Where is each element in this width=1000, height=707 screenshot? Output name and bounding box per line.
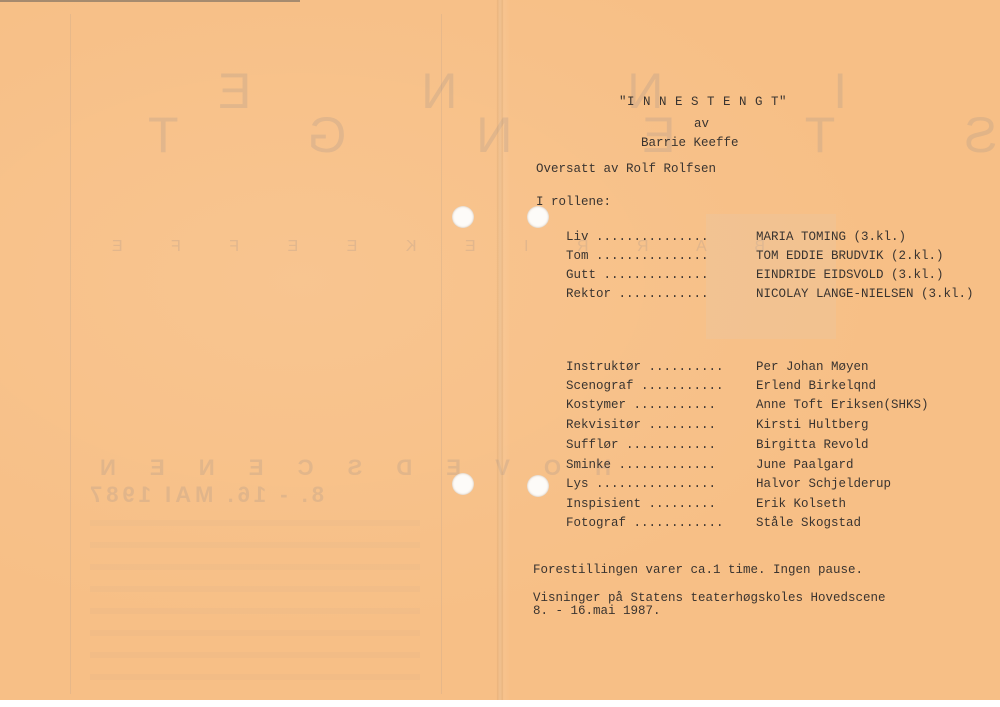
center-fold <box>497 0 503 700</box>
by-label: av <box>694 118 709 131</box>
author-name: Barrie Keeffe <box>641 137 739 150</box>
cast-row: Rektor ............NICOLAY LANGE-NIELSEN… <box>536 275 974 313</box>
crew-name: Ståle Skogstad <box>756 517 861 530</box>
punch-hole <box>452 206 474 228</box>
show-through-dates: 8. - 16. MAI 1987 <box>86 482 324 508</box>
punch-hole <box>452 473 474 495</box>
dates-line: 8. - 16.mai 1987. <box>533 605 661 618</box>
show-through-columns <box>90 520 420 690</box>
duration-note: Forestillingen varer ca.1 time. Ingen pa… <box>533 564 863 577</box>
program-sheet: I N N E S T E N G T B A R R I E K E E F … <box>0 0 1000 700</box>
play-title: "I N N E S T E N G T" <box>619 96 787 109</box>
scan-edge-line <box>0 0 300 2</box>
cast-actor: NICOLAY LANGE-NIELSEN (3.kl.) <box>756 288 974 301</box>
crew-row: Fotograf ............Ståle Skogstad <box>536 504 861 542</box>
crew-role: Fotograf ............ <box>566 517 756 530</box>
translator-credit: Oversatt av Rolf Rolfsen <box>536 163 716 176</box>
cast-role: Rektor ............ <box>566 288 756 301</box>
show-through-title-line2: S T E N G T <box>90 106 998 164</box>
venue-line: Visninger på Statens teaterhøgskoles Hov… <box>533 592 886 605</box>
cast-heading: I rollene: <box>536 196 611 209</box>
